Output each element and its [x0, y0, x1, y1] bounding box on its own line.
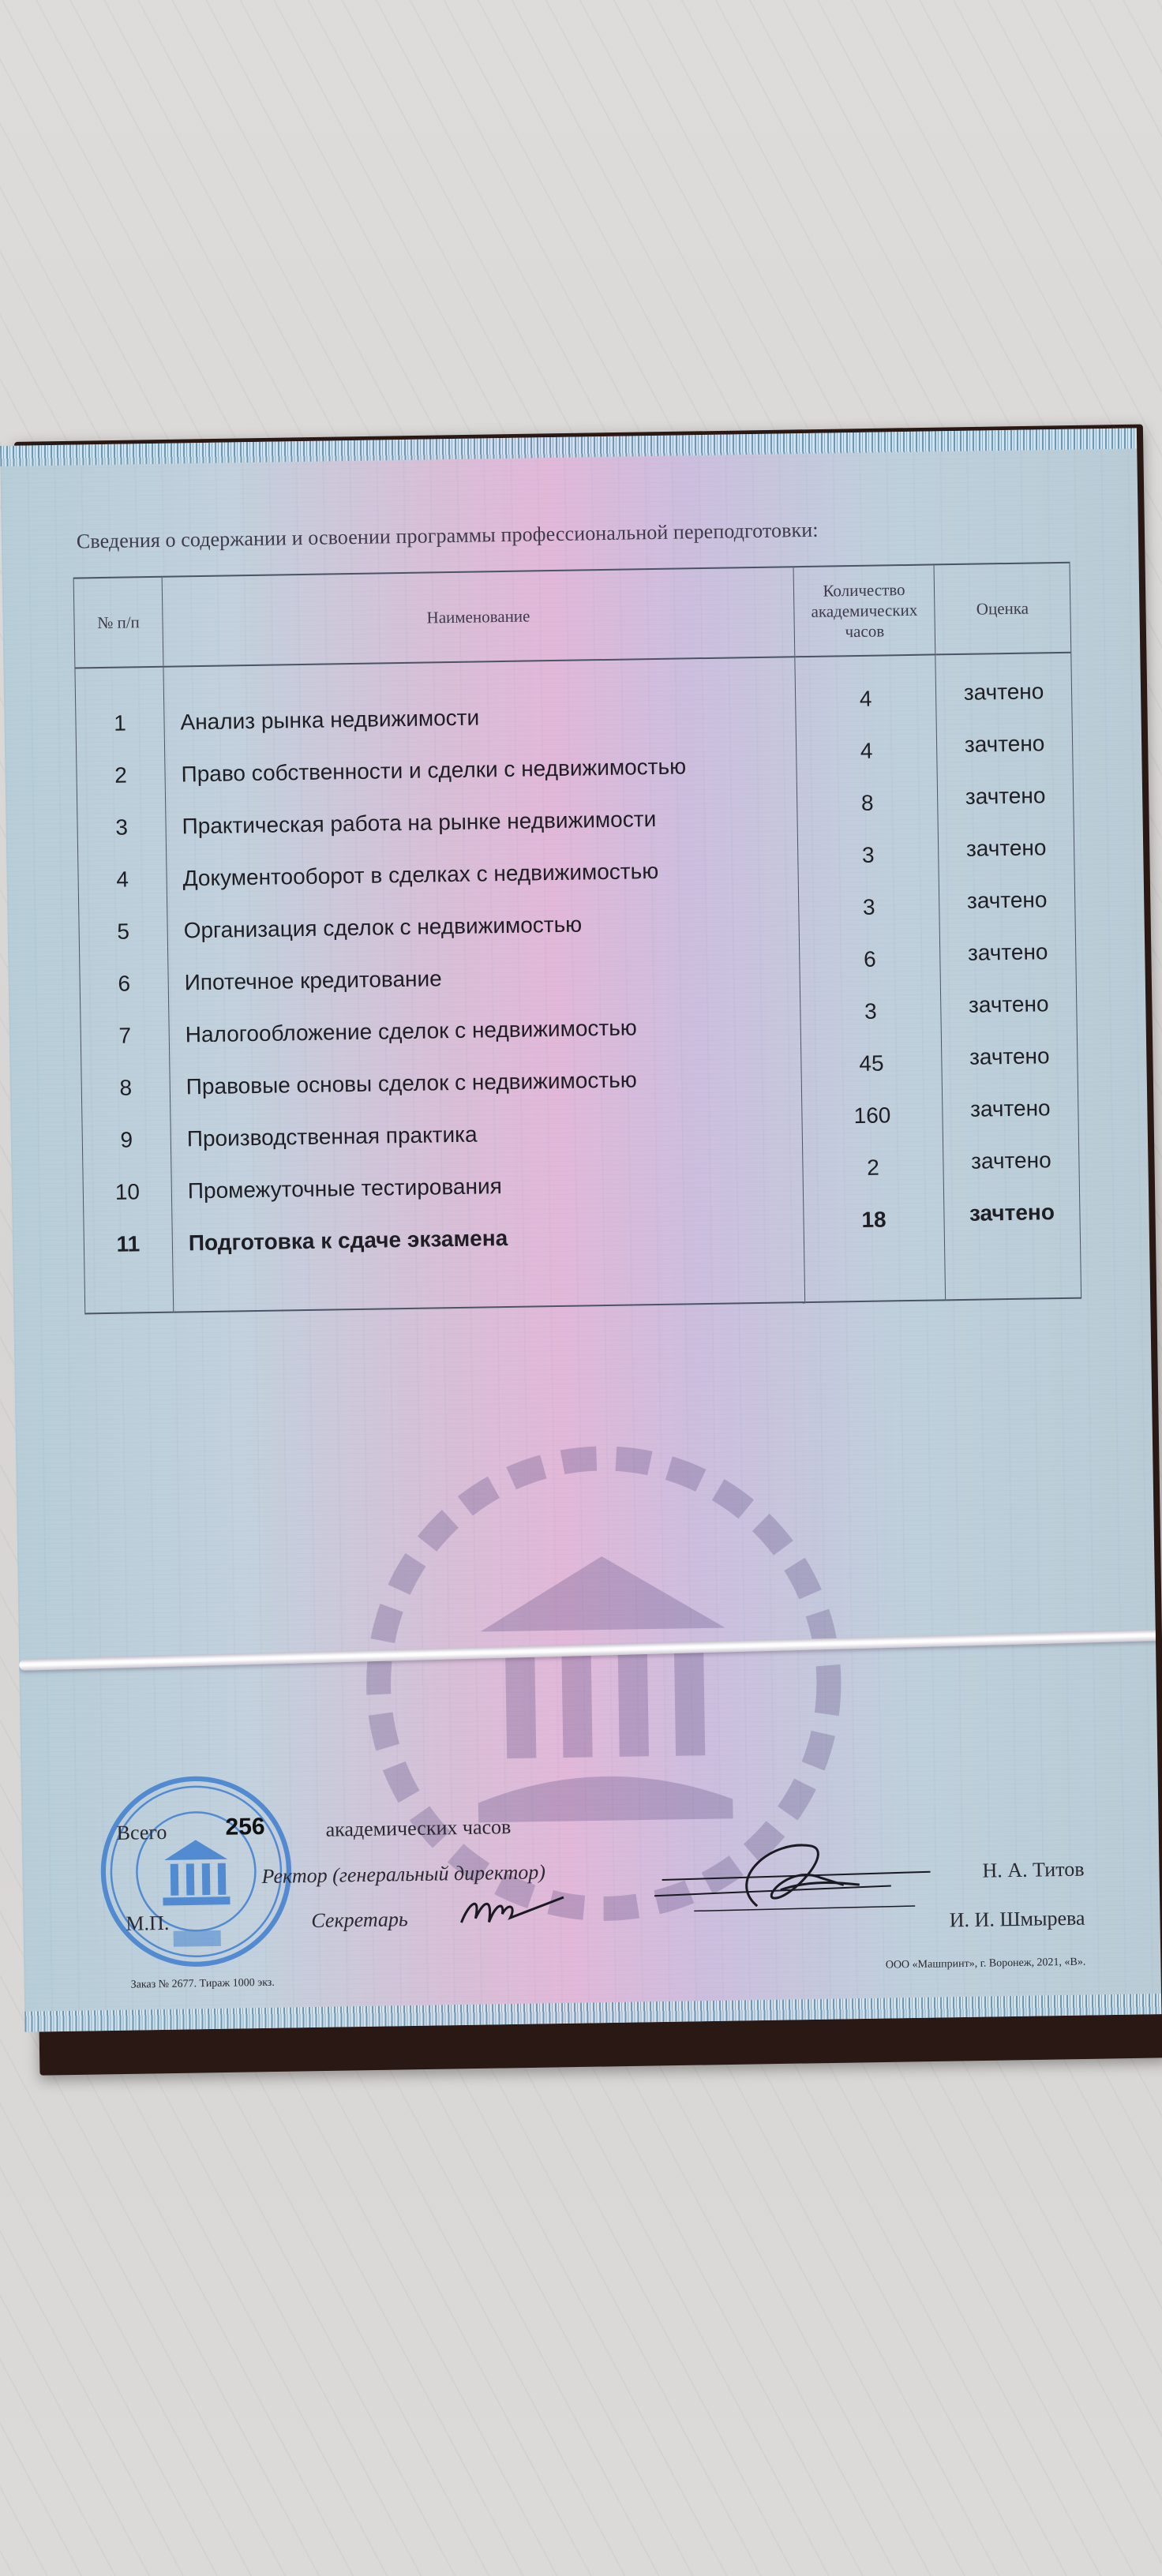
row-hours: 8: [797, 766, 938, 820]
row-grade: зачтено: [942, 1072, 1078, 1126]
header-num: № п/п: [73, 577, 163, 668]
row-grade: зачтено: [941, 1020, 1078, 1074]
rector-title: Ректор (генеральный директор): [261, 1860, 545, 1889]
row-grade: зачтено: [939, 915, 1076, 970]
print-order-info: Заказ № 2677. Тираж 1000 экз.: [131, 1977, 275, 1992]
row-num: 2: [76, 739, 165, 792]
row-num: 8: [81, 1051, 171, 1105]
total-unit: академических часов: [325, 1815, 511, 1842]
row-num: 11: [84, 1207, 173, 1261]
row-grade: зачтено: [943, 1176, 1080, 1230]
row-subject-name: Производственная практика: [171, 1093, 803, 1155]
row-hours: 3: [800, 974, 941, 1028]
row-grade: зачтено: [937, 759, 1074, 814]
row-hours: 18: [803, 1182, 944, 1237]
row-hours: 45: [800, 1026, 942, 1080]
rector-name: Н. А. Титов: [982, 1858, 1084, 1883]
row-hours: 4: [796, 713, 937, 768]
rector-signature-icon: [654, 1829, 939, 1920]
row-subject-name: Налогообложение сделок с недвижимостью: [169, 989, 801, 1051]
intro-heading: Сведения о содержании и освоении програм…: [77, 519, 819, 554]
row-grade: зачтено: [936, 707, 1073, 762]
row-hours: 6: [799, 922, 940, 976]
row-hours: 160: [801, 1078, 943, 1133]
row-grade: зачтено: [943, 1124, 1079, 1178]
row-grade: зачтено: [935, 635, 1071, 710]
row-subject-name: Практическая работа на рынке недвижимост…: [165, 781, 797, 843]
header-name: Наименование: [162, 567, 795, 667]
row-subject-name: Документооборот в сделках с недвижимость…: [166, 833, 798, 895]
row-hours: 2: [802, 1130, 943, 1185]
empty-cell: [945, 1245, 1081, 1301]
secretary-name: И. И. Шмырева: [950, 1907, 1085, 1933]
empty-cell: [173, 1249, 805, 1312]
total-label: Всего: [116, 1821, 167, 1845]
secretary-title: Секретарь: [311, 1908, 408, 1933]
row-grade: зачтено: [940, 968, 1077, 1022]
row-num: 3: [77, 791, 166, 844]
subjects-table: № п/п Наименование Количество академичес…: [73, 562, 1082, 1315]
row-num: 10: [83, 1155, 172, 1209]
row-subject-name: Правовые основы сделок с недвижимостью: [170, 1041, 802, 1103]
row-num: 5: [78, 895, 167, 949]
row-num: 6: [80, 947, 169, 1001]
row-hours: 3: [797, 818, 939, 872]
row-num: 7: [81, 999, 170, 1053]
row-subject-name: Право собственности и сделки с недвижимо…: [164, 728, 797, 791]
elastic-band: [19, 1629, 1161, 1671]
row-hours: 4: [795, 642, 936, 716]
empty-cell: [84, 1260, 174, 1314]
stamp-label: М.П.: [126, 1911, 169, 1936]
row-subject-name: Организация сделок с недвижимостью: [167, 885, 799, 947]
row-num: 9: [82, 1103, 171, 1157]
row-subject-name: Анализ рынка недвижимости: [163, 657, 796, 739]
row-subject-name: Ипотечное кредитование: [167, 937, 800, 999]
empty-cell: [804, 1247, 946, 1302]
row-subject-name: Подготовка к сдаче экзамена: [172, 1197, 804, 1260]
row-grade: зачтено: [939, 863, 1075, 918]
row-grade: зачтено: [938, 811, 1074, 866]
row-hours: 3: [798, 870, 939, 924]
certificate-page: Сведения о содержании и освоении програм…: [0, 428, 1161, 2031]
secretary-signature-icon: [453, 1885, 572, 1934]
row-num: 1: [75, 667, 164, 740]
printer-info: ООО «Машпринт», г. Воронеж, 2021, «В».: [886, 1956, 1086, 1972]
row-subject-name: Промежуточные тестирования: [171, 1145, 804, 1207]
row-num: 4: [77, 843, 167, 897]
total-hours-value: 256: [225, 1814, 265, 1841]
